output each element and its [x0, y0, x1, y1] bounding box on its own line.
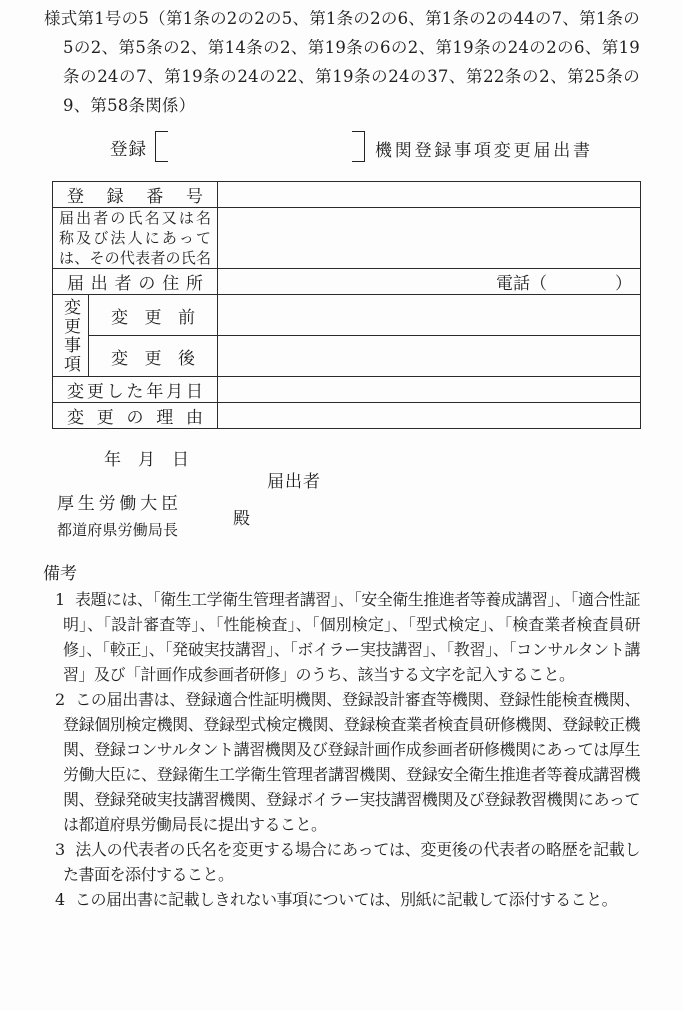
honorific-dono: 殿 [233, 504, 250, 529]
remark-number: 2 [55, 687, 75, 712]
submitter-label: 届出者 [267, 467, 321, 492]
addressee-block: 厚生労働大臣 都道府県労働局長 [57, 491, 178, 543]
table-row: 届出者の住所 電話（ ） [53, 269, 641, 295]
remark-text: 表題には、「衛生工学衛生管理者講習」、「安全衛生推進者等養成講習」、「適合性証明… [63, 590, 640, 684]
change-reason-field [218, 403, 641, 429]
table-row: 変更事項 変更前 [53, 295, 641, 336]
page-title: 機関登録事項変更届出書 [375, 136, 593, 161]
form-table: 登録番号 届出者の氏名又は名 称及び法人にあって は、その代表者の氏名 届出者の… [52, 181, 641, 429]
change-section-label-text: 変更事項 [58, 298, 83, 374]
change-section-label: 変更事項 [53, 295, 89, 377]
table-row: 変更後 [53, 336, 641, 377]
registration-number-field [218, 182, 641, 208]
submitter-name-label-line3: は、その代表者の氏名 [59, 248, 211, 268]
form-page: 様式第1号の5（第1条の2の2の5、第1条の2の6、第1条の2の44の7、第1条… [0, 0, 683, 1011]
change-date-field [218, 377, 641, 403]
submitter-name-label: 届出者の氏名又は名 称及び法人にあって は、その代表者の氏名 [53, 208, 218, 269]
remark-text: この届出書に記載しきれない事項については、別紙に記載して添付すること。 [75, 890, 617, 909]
after-change-label: 変更後 [89, 336, 218, 377]
remark-number: 4 [55, 887, 75, 912]
table-row: 届出者の氏名又は名 称及び法人にあって は、その代表者の氏名 [53, 208, 641, 269]
remarks-heading: 備考 [43, 562, 648, 587]
addressee-labor-bureau-director: 都道府県労働局長 [57, 517, 178, 543]
form-citation: 様式第1号の5（第1条の2の2の5、第1条の2の6、第1条の2の44の7、第1条… [63, 4, 640, 120]
submitter-name-label-line1: 届出者の氏名又は名 [59, 208, 211, 228]
change-reason-label: 変更の理由 [53, 403, 218, 429]
title-prefix: 登録 [110, 136, 147, 161]
table-row: 変更した年月日 [53, 377, 641, 403]
before-change-field [218, 295, 641, 336]
remark-number: 1 [55, 587, 75, 612]
submitter-address-label: 届出者の住所 [53, 269, 218, 295]
remarks-section: 備考 1表題には、「衛生工学衛生管理者講習」、「安全衛生推進者等養成講習」、「適… [0, 562, 648, 912]
after-change-field [218, 336, 641, 377]
submitter-name-field [218, 208, 641, 269]
remark-item-2: 2この届出書は、登録適合性証明機関、登録設計審査等機関、登録性能検査機関、登録個… [63, 687, 640, 837]
remark-item-1: 1表題には、「衛生工学衛生管理者講習」、「安全衛生推進者等養成講習」、「適合性証… [63, 587, 640, 687]
remark-text: 法人の代表者の氏名を変更する場合にあっては、変更後の代表者の略歴を記載した書面を… [63, 840, 640, 884]
addressee-minister: 厚生労働大臣 [57, 491, 178, 517]
table-row: 登録番号 [53, 182, 641, 208]
change-date-label: 変更した年月日 [53, 377, 218, 403]
before-change-label: 変更前 [89, 295, 218, 336]
table-row: 変更の理由 [53, 403, 641, 429]
submitter-name-label-line2: 称及び法人にあって [59, 228, 211, 248]
open-bracket-icon [155, 131, 168, 162]
close-bracket-icon [352, 131, 365, 162]
phone-field: 電話（ ） [218, 269, 641, 295]
remark-item-3: 3法人の代表者の氏名を変更する場合にあっては、変更後の代表者の略歴を記載した書面… [63, 837, 640, 887]
remark-item-4: 4この届出書に記載しきれない事項については、別紙に記載して添付すること。 [63, 887, 640, 912]
remark-number: 3 [55, 837, 75, 862]
registration-number-label: 登録番号 [53, 182, 218, 208]
date-line: 年 月 日 [104, 445, 189, 470]
remark-text: この届出書は、登録適合性証明機関、登録設計審査等機関、登録性能検査機関、登録個別… [63, 690, 640, 834]
